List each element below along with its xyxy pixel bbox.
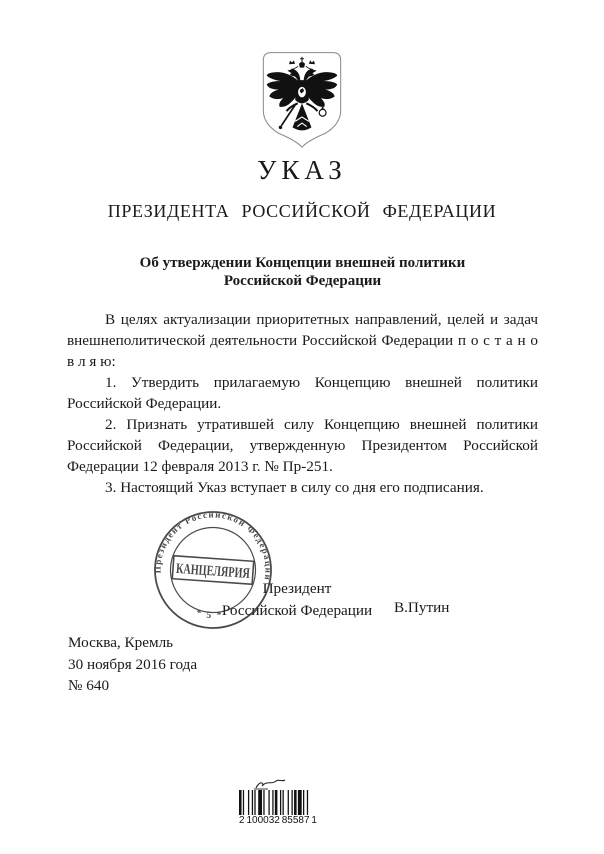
barcode-digit-group: 2 <box>239 815 245 826</box>
handwritten-mark <box>252 777 288 791</box>
issuance-block: Москва, Кремль 30 ноября 2016 года № 640 <box>68 632 197 697</box>
paragraph-item-3: 3. Настоящий Указ вступает в силу со дня… <box>67 477 538 498</box>
stamp-bottom-text: * 5 * <box>194 608 225 622</box>
barcode: 2 100032 85587 1 <box>239 790 317 826</box>
decree-subject-line1: Об утверждении Концепции внешней политик… <box>67 254 538 272</box>
issuance-date: 30 ноября 2016 года <box>68 654 197 676</box>
barcode-bars <box>239 790 317 815</box>
barcode-digit-group: 85587 <box>282 815 310 826</box>
decree-subject-line2: Российской Федерации <box>67 272 538 290</box>
decree-body: В целях актуализации приоритетных направ… <box>67 309 538 498</box>
barcode-digits: 2 100032 85587 1 <box>239 815 317 826</box>
decree-issuer: ПРЕЗИДЕНТА РОССИЙСКОЙ ФЕДЕРАЦИИ <box>0 201 604 222</box>
barcode-digit-group: 100032 <box>246 815 279 826</box>
signatory-name: В.Путин <box>394 599 449 617</box>
chancellery-stamp: Президент Российской Федерации * 5 * КАН… <box>147 504 279 636</box>
paragraph-item-1: 1. Утвердить прилагаемую Концепцию внешн… <box>67 372 538 414</box>
paragraph-preamble: В целях актуализации приоритетных направ… <box>67 309 538 372</box>
paragraph-item-2: 2. Признать утратившей силу Концепцию вн… <box>67 414 538 477</box>
decree-page: УКАЗ ПРЕЗИДЕНТА РОССИЙСКОЙ ФЕДЕРАЦИИ Об … <box>0 0 604 854</box>
issuance-place: Москва, Кремль <box>68 632 197 654</box>
barcode-check-digit: 1 <box>311 815 317 826</box>
russian-coat-of-arms-icon <box>259 50 345 152</box>
decree-subject: Об утверждении Концепции внешней политик… <box>67 254 538 290</box>
decree-title: УКАЗ <box>0 155 604 186</box>
decree-number: № 640 <box>68 675 197 697</box>
